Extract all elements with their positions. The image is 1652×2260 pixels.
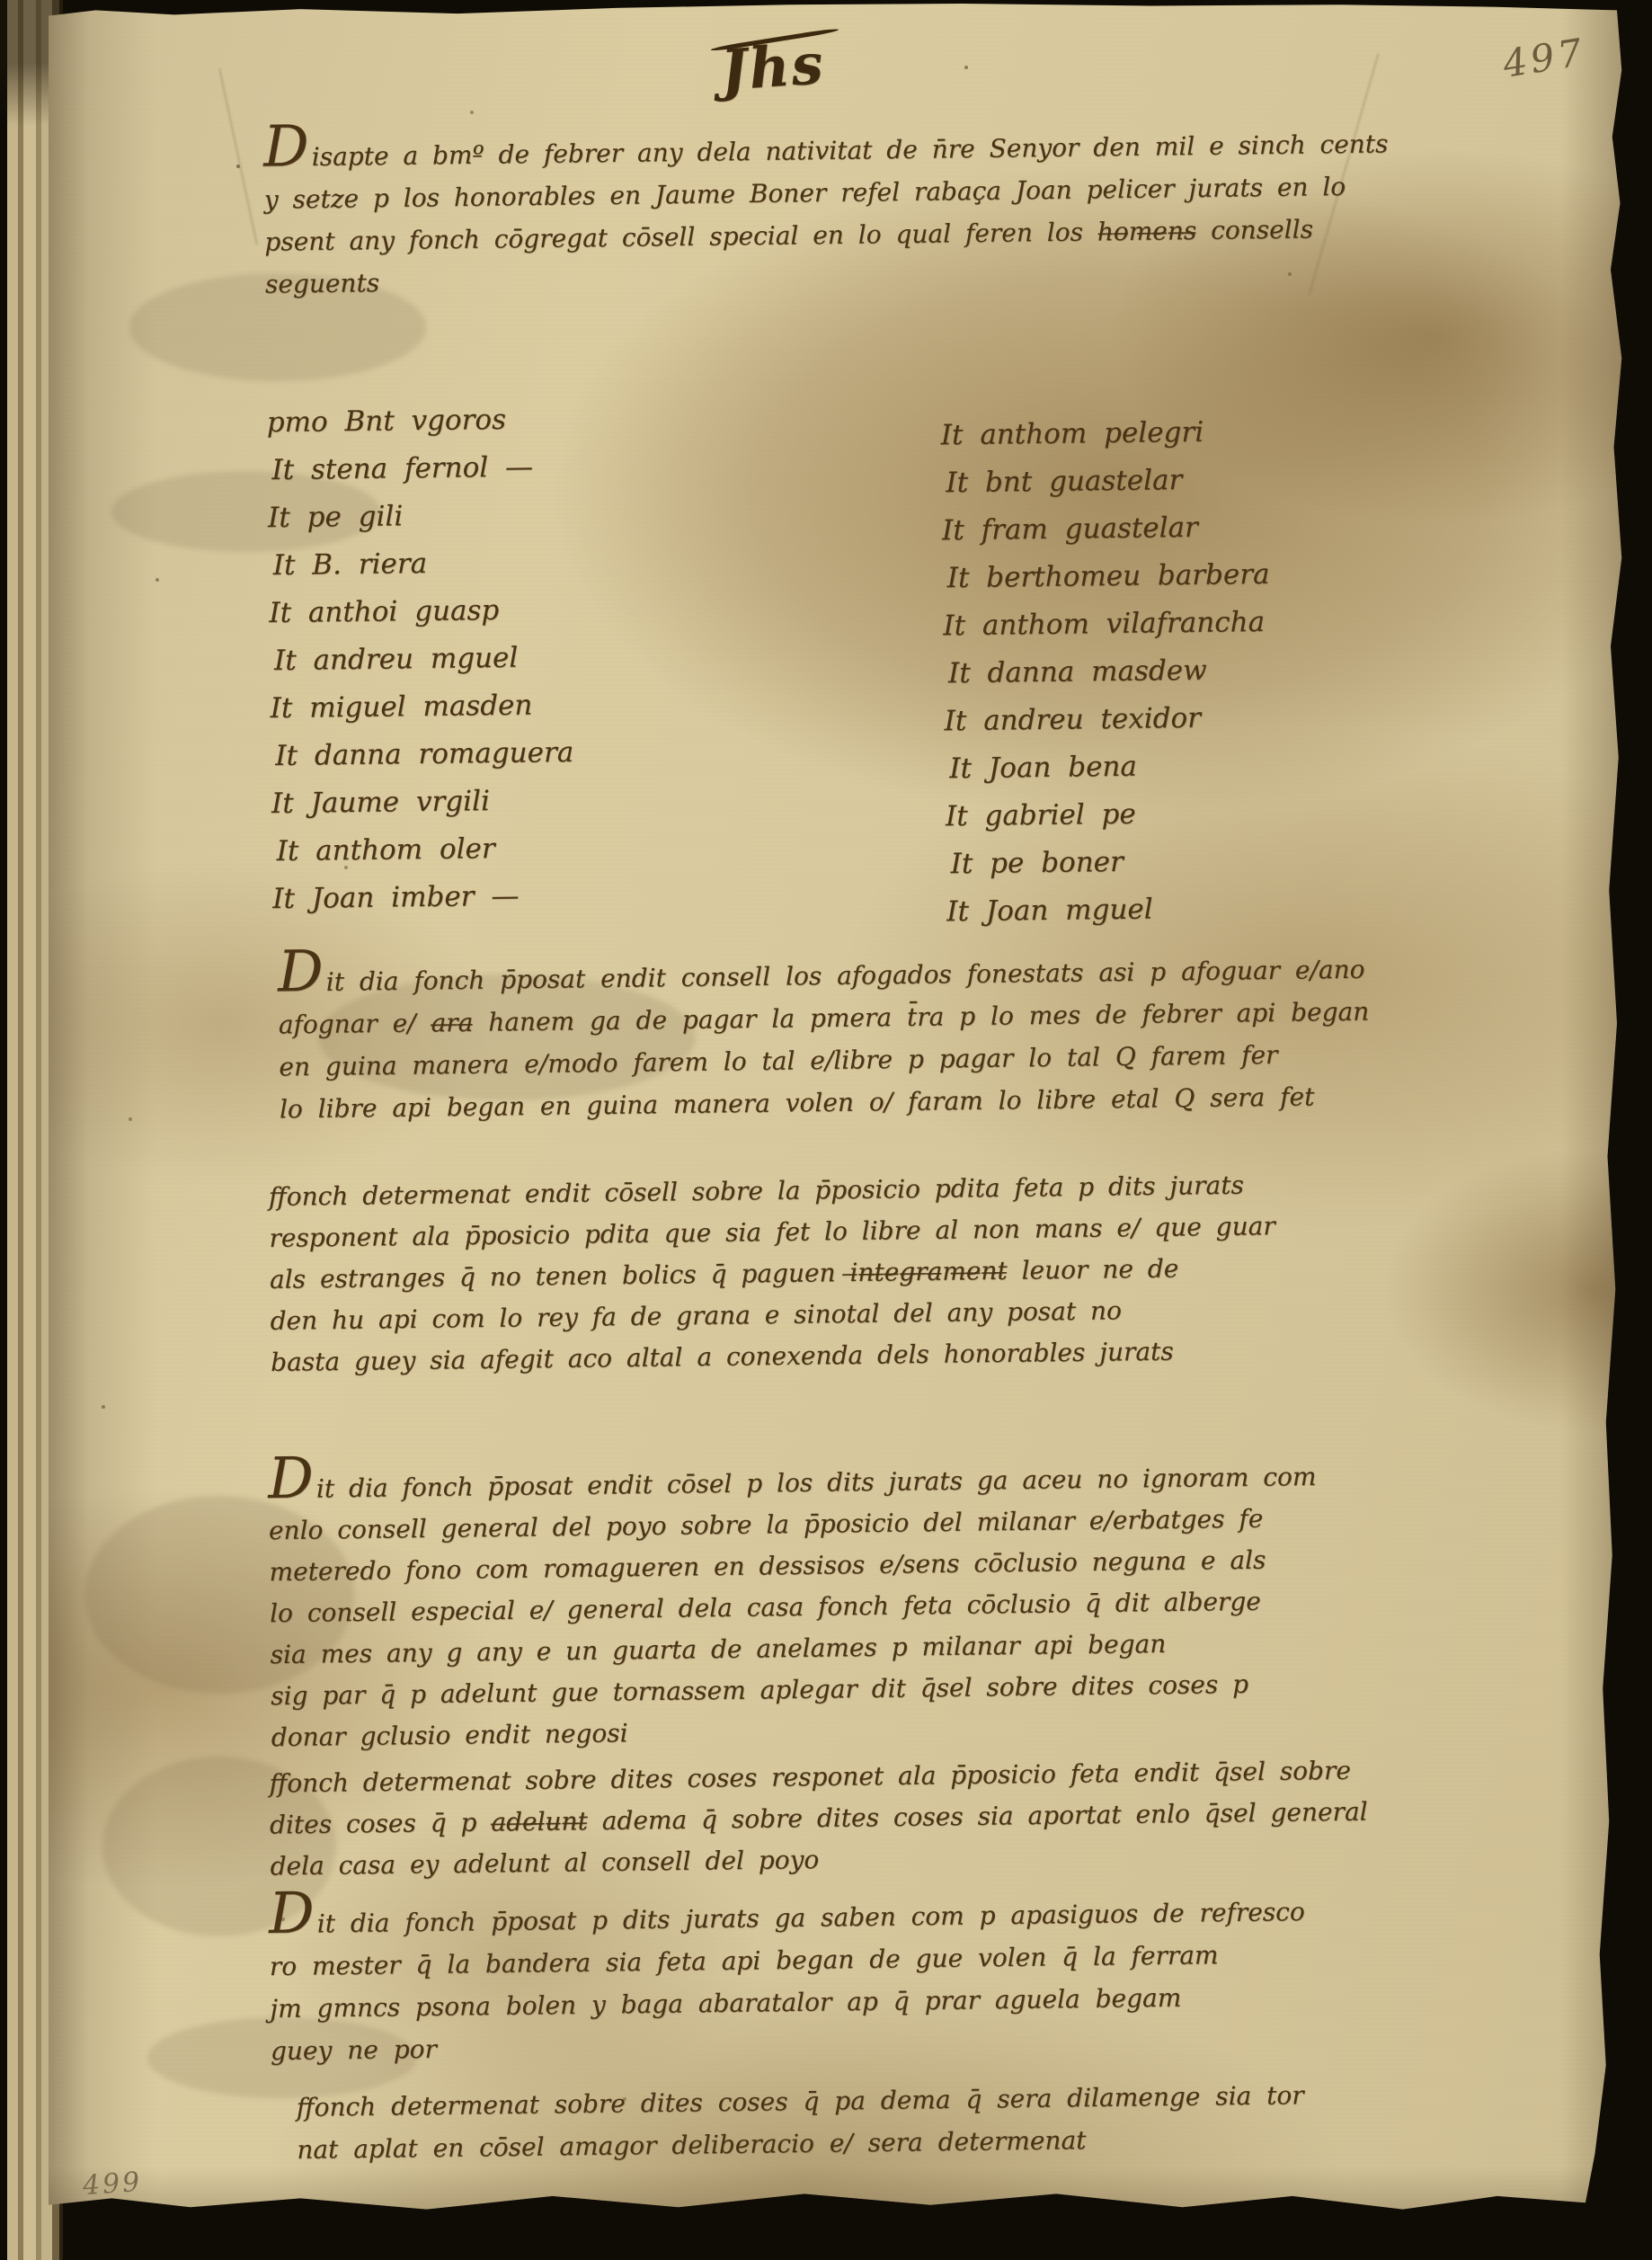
proposal-paragraph: Dit dia fonch p̄posat endit cōsel p los… xyxy=(268,1445,1319,1758)
councillor-list-left: pmo Bnt vgoros It stena fernol — It pe g… xyxy=(266,396,575,923)
resolution-paragraph: ffonch determenat sobre dites coses q̄ p… xyxy=(296,2074,1304,2171)
list-item: It berthomeu barbera xyxy=(946,551,1269,602)
list-item: It fram guastelar xyxy=(942,503,1269,555)
ihs-monogram: Jhs xyxy=(719,31,827,103)
proposal-paragraph: Dit dia fonch p̄posat p dits jurats ga s… xyxy=(269,1880,1307,2072)
proposal-paragraph: Dit dia fonch p̄posat endit consell los … xyxy=(278,938,1371,1131)
scan-background: { "page": { "monogram": "Jhs", "folio_nu… xyxy=(0,0,1652,2260)
resolution-paragraph: ffonch determenat sobre dites coses resp… xyxy=(269,1750,1368,1888)
list-item: It pe boner xyxy=(950,837,1273,888)
list-item: It miguel masden xyxy=(270,681,573,733)
list-item: It gabriel pe xyxy=(946,789,1273,841)
list-item: It danna romaguera xyxy=(275,729,574,780)
list-item: It andreu mguel xyxy=(274,634,573,685)
list-item: It anthom oler xyxy=(276,824,575,876)
list-item: pmo Bnt vgoros xyxy=(266,396,570,447)
list-item: It Joan imber — xyxy=(272,872,576,923)
list-item: It anthoi guasp xyxy=(269,586,573,637)
manuscript-page: Jhs 497 Disapte a bmº de febrer any dela… xyxy=(49,4,1623,2220)
list-item: It Joan mguel xyxy=(946,885,1274,936)
list-item: It stena fernol — xyxy=(271,443,571,494)
list-item: It anthom vilafrancha xyxy=(943,599,1270,650)
folio-number-bottom: 499 xyxy=(82,2167,144,2202)
folio-number-top: 497 xyxy=(1500,30,1589,86)
resolution-paragraph: ffonch determenat endit cōsell sobre la… xyxy=(269,1164,1277,1384)
list-item: It Jaume vrgili xyxy=(271,777,575,828)
list-item: It danna masdew xyxy=(948,646,1271,698)
list-item: It pe gili xyxy=(268,491,572,542)
list-item: It anthom pelegri xyxy=(940,408,1267,459)
list-item: It andreu texidor xyxy=(944,694,1271,745)
list-item: It bnt guastelar xyxy=(946,456,1268,507)
list-item: It Joan bena xyxy=(949,742,1272,793)
councillor-list-right: It anthom pelegri It bnt guastelar It fr… xyxy=(940,408,1274,936)
list-item: It B. riera xyxy=(272,538,572,590)
paper-crease xyxy=(218,68,258,245)
opening-record-paragraph: Disapte a bmº de febrer any dela nativit… xyxy=(263,111,1390,305)
